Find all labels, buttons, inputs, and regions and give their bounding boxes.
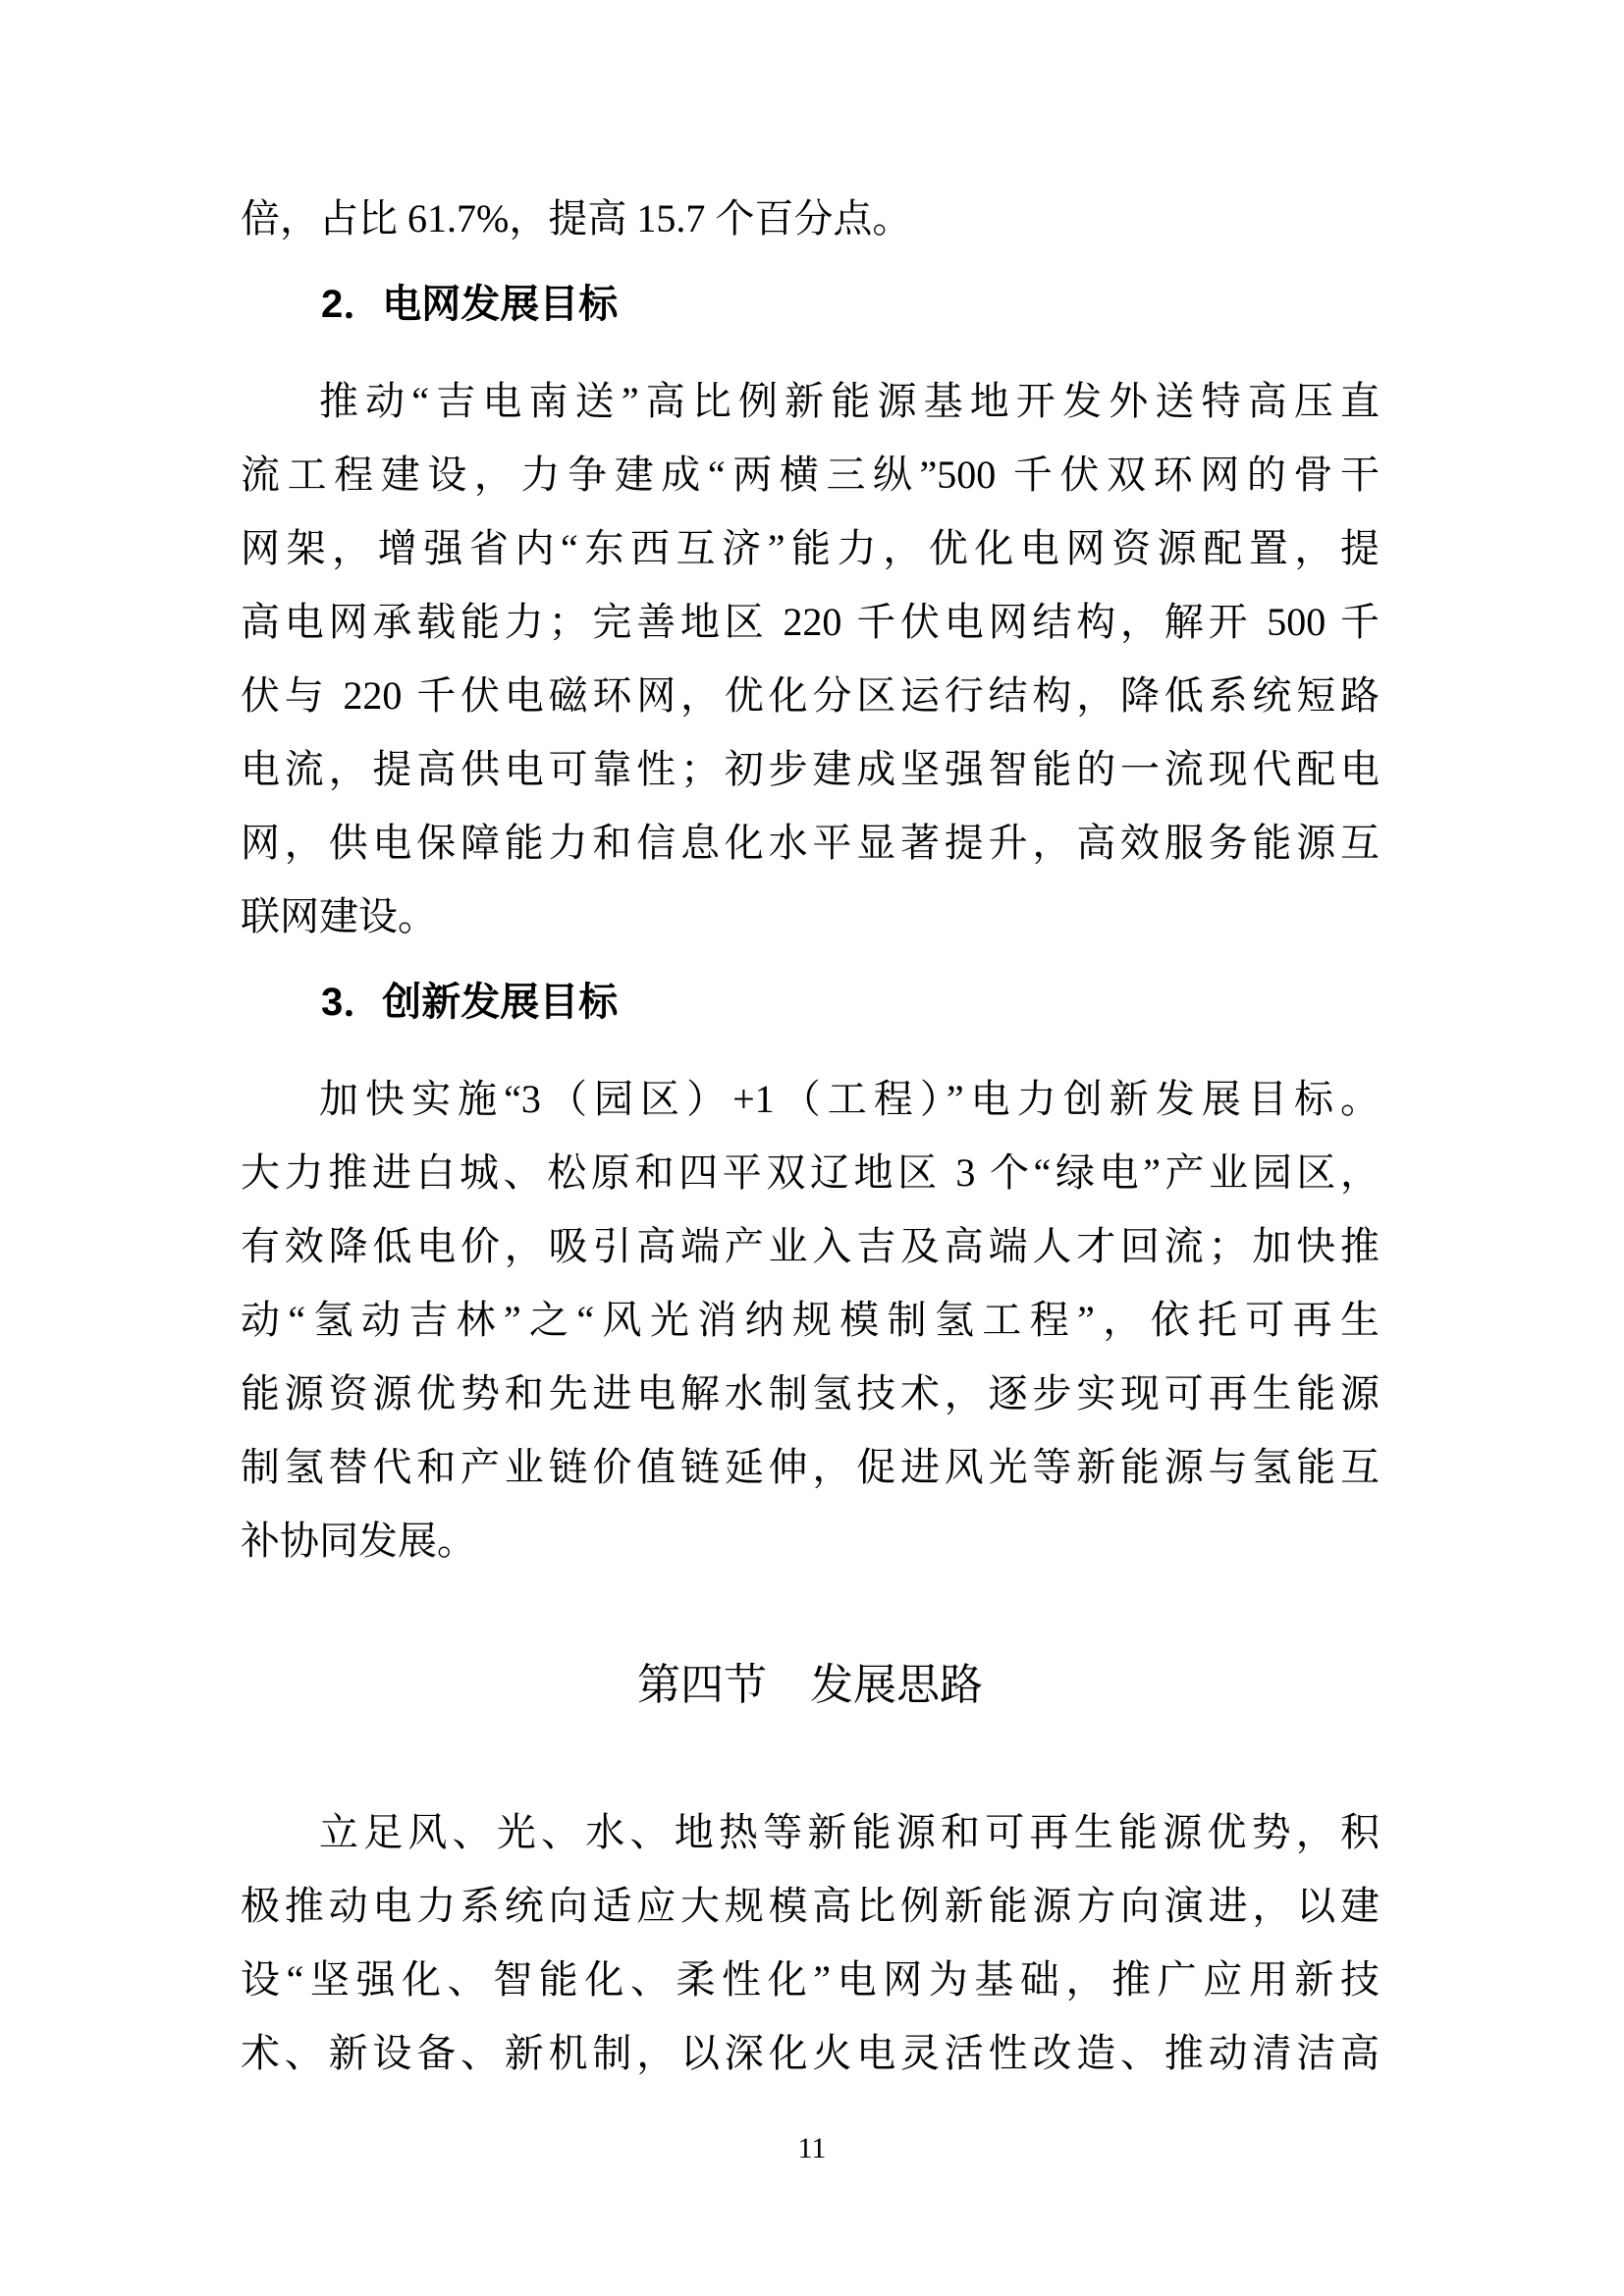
text-line: 流工程建设，力争建成“两横三纵”500 千伏双环网的骨干 (241, 438, 1380, 511)
text-line: 网架，增强省内“东西互济”能力，优化电网资源配置，提 (241, 511, 1380, 585)
text-line: 推动“吉电南送”高比例新能源基地开发外送特高压直 (241, 364, 1380, 438)
text-line: 设“坚强化、智能化、柔性化”电网为基础，推广应用新技 (241, 1943, 1380, 2016)
paragraph-tail-line: 倍，占比 61.7%，提高 15.7 个百分点。 (241, 182, 1380, 255)
text-line: 立足风、光、水、地热等新能源和可再生能源优势，积 (241, 1795, 1380, 1869)
text-line: 网，供电保障能力和信息化水平显著提升，高效服务能源互 (241, 806, 1380, 880)
text-line: 伏与 220 千伏电磁环网，优化分区运行结构，降低系统短路 (241, 659, 1380, 732)
text-line: 联网建设。 (241, 880, 1380, 953)
text-line: 极推动电力系统向适应大规模高比例新能源方向演进，以建 (241, 1869, 1380, 1943)
text-line: 补协同发展。 (241, 1504, 1380, 1577)
text-column: 倍，占比 61.7%，提高 15.7 个百分点。 2．电网发展目标 推动“吉电南… (241, 182, 1380, 2090)
subheading-innovation-development-goals: 3．创新发展目标 (241, 966, 1380, 1040)
text-line: 制氢替代和产业链价值链延伸，促进风光等新能源与氢能互 (241, 1430, 1380, 1504)
subheading-grid-development-goals: 2．电网发展目标 (241, 268, 1380, 342)
text-line: 电流，提高供电可靠性；初步建成坚强智能的一流现代配电 (241, 732, 1380, 806)
text-line: 高电网承载能力；完善地区 220 千伏电网结构，解开 500 千 (241, 585, 1380, 659)
page-number: 11 (0, 2132, 1624, 2165)
document-page: 倍，占比 61.7%，提高 15.7 个百分点。 2．电网发展目标 推动“吉电南… (0, 0, 1624, 2296)
text-line: 能源资源优势和先进电解水制氢技术，逐步实现可再生能源 (241, 1357, 1380, 1430)
text-line: 加快实施“3（园区）+1（工程）”电力创新发展目标。 (241, 1062, 1380, 1136)
text-line: 有效降低电价，吸引高端产业入吉及高端人才回流；加快推 (241, 1209, 1380, 1283)
text-line: 术、新设备、新机制，以深化火电灵活性改造、推动清洁高 (241, 2016, 1380, 2090)
text-line: 动“氢动吉林”之“风光消纳规模制氢工程”，依托可再生 (241, 1283, 1380, 1357)
text-line: 大力推进白城、松原和四平双辽地区 3 个“绿电”产业园区， (241, 1136, 1380, 1209)
section-heading-development-approach: 第四节 发展思路 (241, 1648, 1380, 1723)
